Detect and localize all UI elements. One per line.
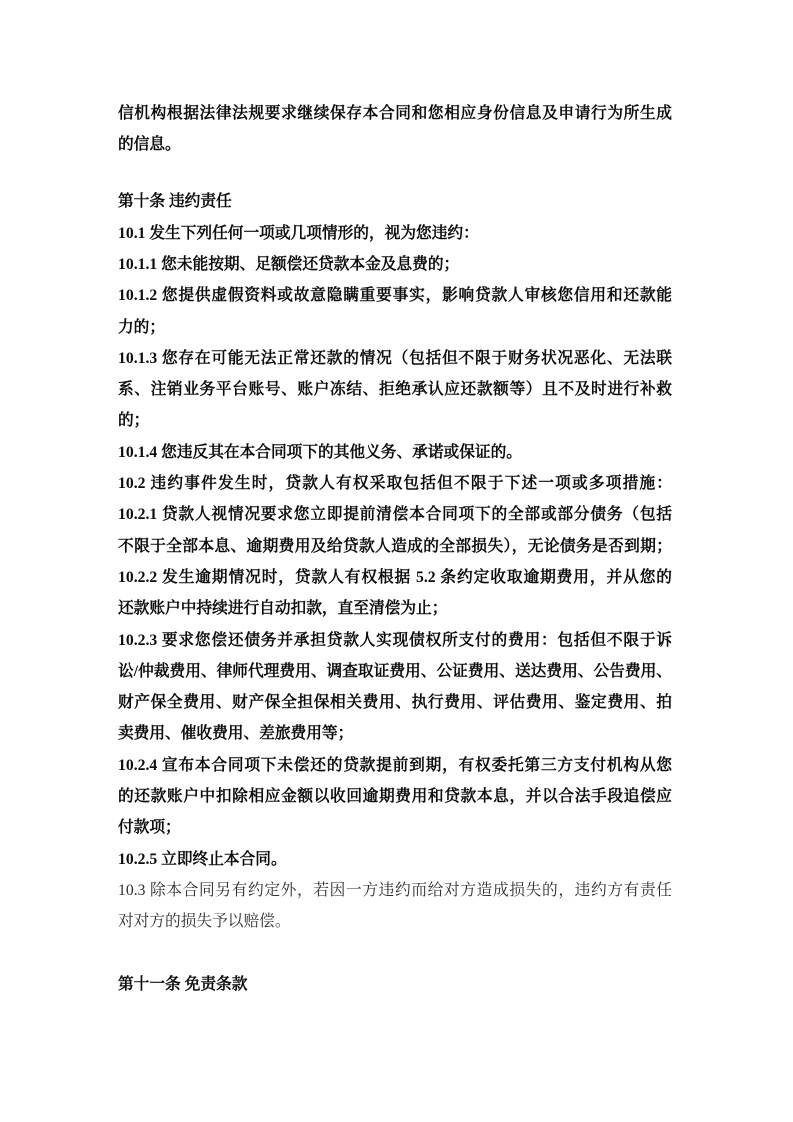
clause-10-1-3-line1: 10.1.3 您存在可能无法正常还款的情况（包括但不限于财务状况恶化、无法联 (118, 343, 672, 374)
clause-10-2-4-line3: 付款项； (118, 812, 672, 843)
paragraph-spacer (118, 161, 672, 187)
clause-10-2-2-line1: 10.2.2 发生逾期情况时，贷款人有权根据 5.2 条约定收取逾期费用，并从您… (118, 562, 672, 593)
clause-10-2: 10.2 违约事件发生时，贷款人有权采取包括但不限于下述一项或多项措施： (118, 468, 672, 499)
clause-10-2-3-line4: 卖费用、催收费用、差旅费用等； (118, 718, 672, 749)
clause-10-2-3-line2: 讼/仲裁费用、律师代理费用、调查取证费用、公证费用、送达费用、公告费用、 (118, 656, 672, 687)
clause-10-2-1-line1: 10.2.1 贷款人视情况要求您立即提前清偿本合同项下的全部或部分债务（包括 (118, 499, 672, 530)
clause-10-3-line1: 10.3 除本合同另有约定外，若因一方违约而给对方造成损失的，违约方有责任 (118, 875, 672, 906)
clause-10-2-1-line2: 不限于全部本息、逾期费用及给贷款人造成的全部损失），无论债务是否到期； (118, 531, 672, 562)
clause-10-2-2-line2: 还款账户中持续进行自动扣款，直至清偿为止； (118, 593, 672, 624)
line-continuation-1: 信机构根据法律法规要求继续保存本合同和您相应身份信息及申请行为所生成 (118, 98, 672, 129)
heading-article-10: 第十条 违约责任 (118, 186, 672, 217)
clause-10-1: 10.1 发生下列任何一项或几项情形的，视为您违约： (118, 218, 672, 249)
paragraph-spacer (118, 938, 672, 969)
clause-10-3-line2: 对对方的损失予以赔偿。 (118, 906, 672, 937)
contract-document-page: 信机构根据法律法规要求继续保存本合同和您相应身份信息及申请行为所生成 的信息。 … (0, 0, 793, 1122)
clause-10-1-2-line2: 力的； (118, 312, 672, 343)
clause-10-1-3-line2: 系、注销业务平台账号、账户冻结、拒绝承认应还款额等）且不及时进行补救 (118, 374, 672, 405)
heading-article-11: 第十一条 免责条款 (118, 969, 672, 1000)
clause-10-1-3-line3: 的； (118, 405, 672, 436)
clause-10-2-5: 10.2.5 立即终止本合同。 (118, 844, 672, 875)
contract-text-block: 信机构根据法律法规要求继续保存本合同和您相应身份信息及申请行为所生成 的信息。 … (118, 98, 672, 1000)
clause-10-1-1: 10.1.1 您未能按期、足额偿还贷款本金及息费的； (118, 249, 672, 280)
clause-10-1-2-line1: 10.1.2 您提供虚假资料或故意隐瞒重要事实，影响贷款人审核您信用和还款能 (118, 280, 672, 311)
clause-10-2-3-line3: 财产保全费用、财产保全担保相关费用、执行费用、评估费用、鉴定费用、拍 (118, 687, 672, 718)
line-continuation-2: 的信息。 (118, 129, 672, 160)
clause-10-2-4-line2: 的还款账户中扣除相应金额以收回逾期费用和贷款本息，并以合法手段追偿应 (118, 781, 672, 812)
clause-10-2-3-line1: 10.2.3 要求您偿还债务并承担贷款人实现债权所支付的费用：包括但不限于诉 (118, 625, 672, 656)
clause-10-2-4-line1: 10.2.4 宣布本合同项下未偿还的贷款提前到期，有权委托第三方支付机构从您 (118, 750, 672, 781)
clause-10-1-4: 10.1.4 您违反其在本合同项下的其他义务、承诺或保证的。 (118, 437, 672, 468)
